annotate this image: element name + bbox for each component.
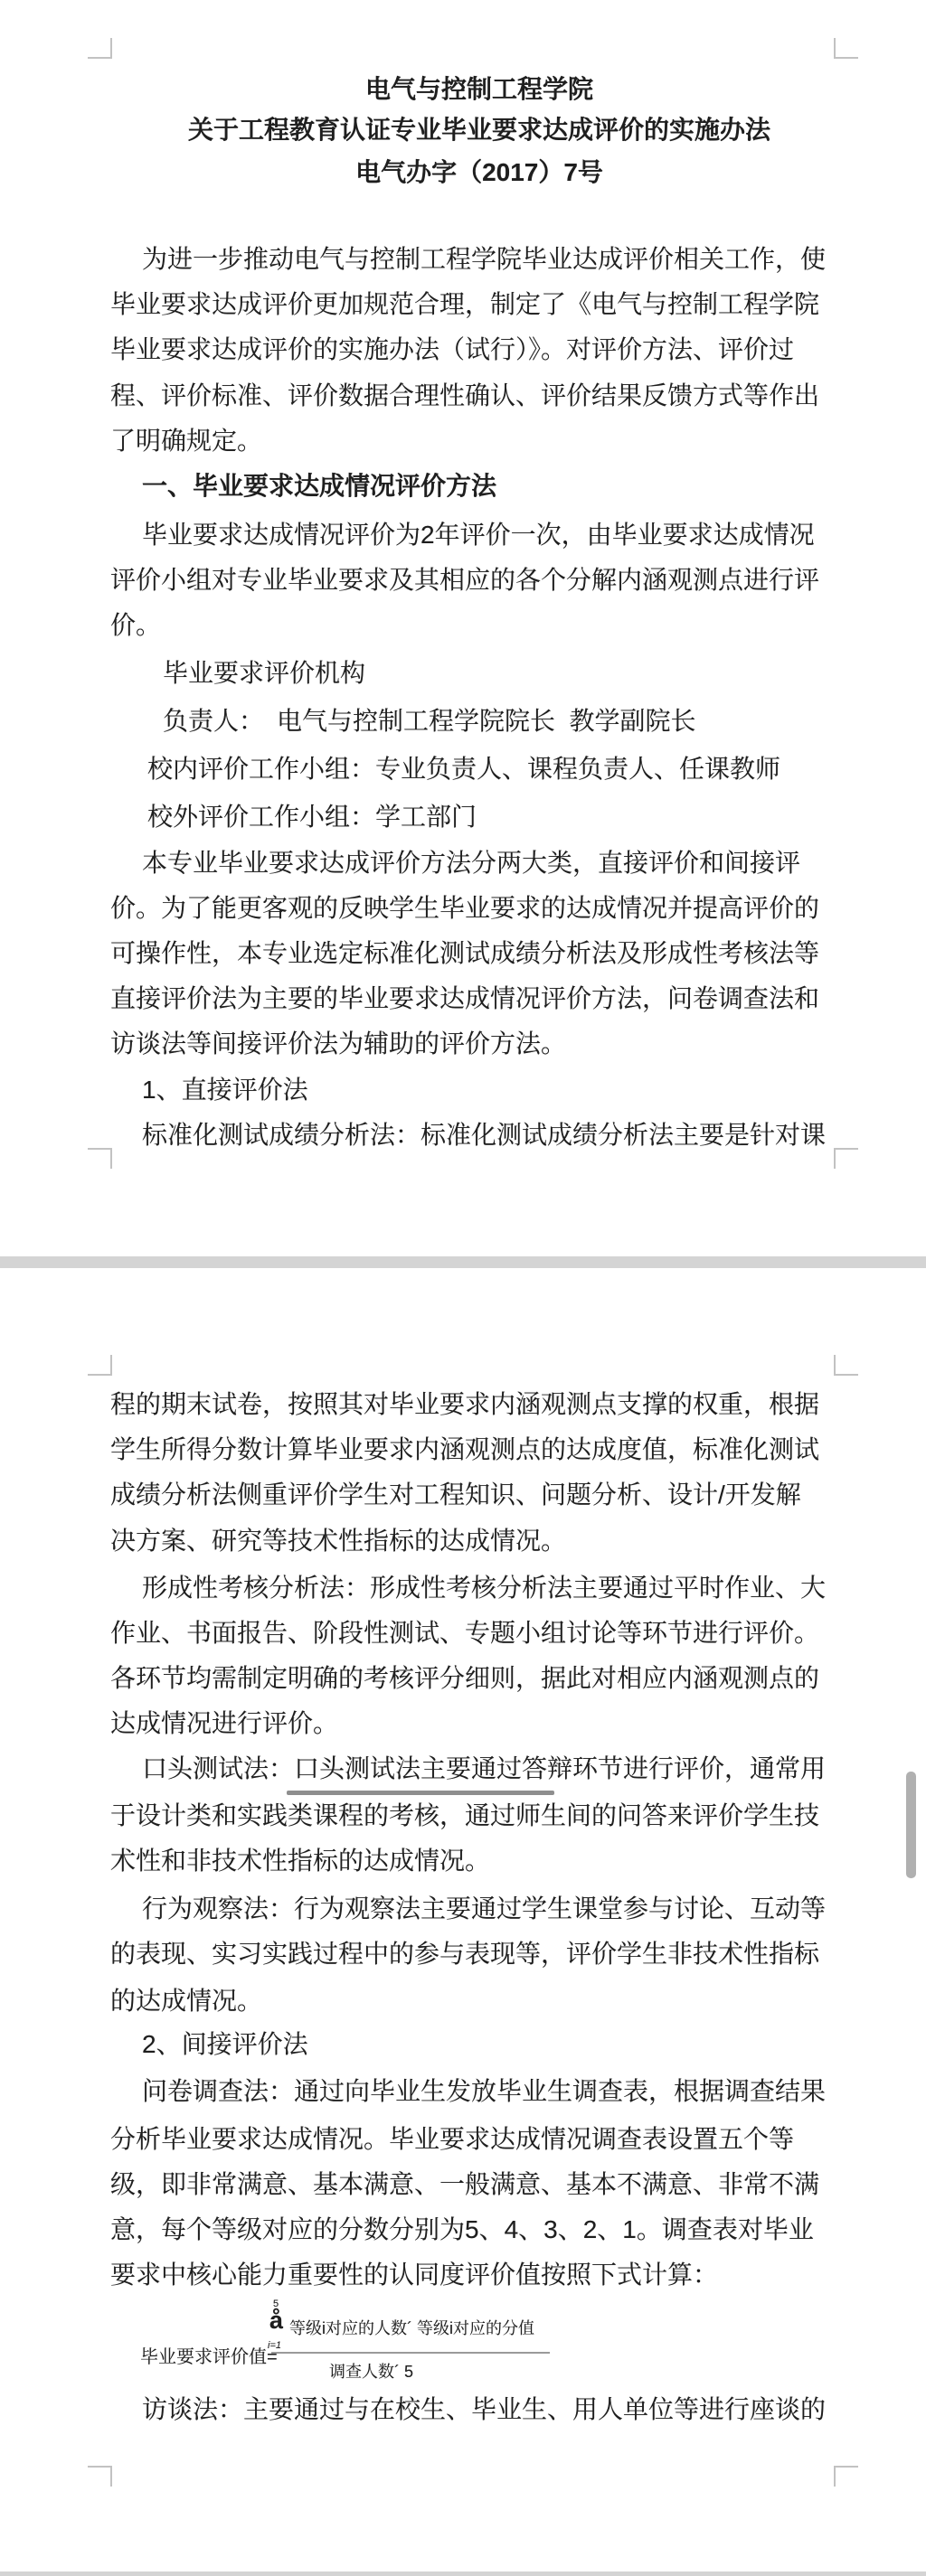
doc-line: 级，即非常满意、基本满意、一般满意、基本不满意、非常不满 [110,2170,819,2199]
formula-label: 毕业要求评价值= [140,2342,278,2368]
text-boundary-mark-top-right [834,1355,858,1376]
doc-line: 分析毕业要求达成情况。毕业要求达成情况调查表设置五个等 [110,2125,794,2154]
doc-line: 本专业毕业要求达成评价方法分两大类，直接评价和间接评 [142,849,800,878]
formula-sum-symbol: å [269,2307,283,2335]
doc-line: 访谈法等间接评价法为辅助的评价方法。 [110,1029,566,1058]
doc-heading-line: 一、毕业要求达成情况评价方法 [142,472,496,501]
doc-line: 负责人： 电气与控制工程学院院长 教学副院长 [163,707,696,736]
scrollbar-thumb[interactable] [906,1772,916,1878]
text-boundary-mark-top-left [88,38,112,59]
page-separator [0,1256,926,1268]
text-boundary-mark-bottom-left [88,1148,112,1169]
doc-line: 程的期末试卷，按照其对毕业要求内涵观测点支撑的权重，根据 [110,1390,819,1419]
doc-line: 校外评价工作小组：学工部门 [147,803,477,832]
doc-line: 访谈法：主要通过与在校生、毕业生、用人单位等进行座谈的 [142,2395,826,2424]
text-boundary-mark-top-right [834,38,858,59]
text-underline-mark [287,1791,554,1795]
formula-denominator: 调查人数´ 5 [329,2359,413,2383]
doc-title-line: 电气与控制工程学院 [110,75,848,104]
doc-line: 达成情况进行评价。 [110,1709,338,1738]
doc-line: 毕业要求评价机构 [163,659,365,688]
text-boundary-mark-top-left [88,1355,112,1376]
doc-line: 作业、书面报告、阶段性测试、专题小组讨论等环节进行评价。 [110,1619,819,1648]
doc-line: 价。为了能更客观的反映学生毕业要求的达成情况并提高评价的 [110,894,819,923]
doc-line: 决方案、研究等技术性指标的达成情况。 [110,1527,566,1556]
formula-fraction-bar [271,2352,550,2354]
doc-line: 程、评价标准、评价数据合理性确认、评价结果反馈方式等作出 [110,381,819,410]
doc-line: 问卷调查法：通过向毕业生发放毕业生调查表，根据调查结果 [142,2077,826,2106]
text-boundary-mark-bottom-right [834,2466,858,2487]
doc-line: 可操作性，本专业选定标准化测试成绩分析法及形成性考核法等 [110,939,819,968]
doc-line: 毕业要求达成评价的实施办法（试行）》。对评价方法、评价过 [110,335,794,364]
doc-line: 毕业要求达成情况评价为2年评价一次，由毕业要求达成情况 [142,521,815,550]
doc-line: 了明确规定。 [110,427,262,456]
doc-line: 学生所得分数计算毕业要求内涵观测点的达成度值，标准化测试 [110,1435,819,1464]
doc-line: 2、间接评价法 [142,2030,308,2059]
formula-sum-lower: i=1 [268,2340,281,2351]
doc-line: 校内评价工作小组：专业负责人、课程负责人、任课教师 [147,755,780,784]
doc-line: 口头测试法：口头测试法主要通过答辩环节进行评价，通常用 [142,1754,826,1783]
text-boundary-mark-bottom-left [88,2466,112,2487]
doc-line: 价。 [110,611,161,640]
doc-line: 的表现、实习实践过程中的参与表现等，评价学生非技术性指标 [110,1940,819,1969]
doc-line: 要求中核心能力重要性的认同度评价值按照下式计算： [110,2261,718,2289]
doc-line: 1、直接评价法 [142,1076,308,1105]
doc-line: 成绩分析法侧重评价学生对工程知识、问题分析、设计/开发解 [110,1481,801,1509]
doc-line: 意，每个等级对应的分数分别为5、4、3、2、1。调查表对毕业 [110,2215,814,2244]
page-separator [0,2571,926,2576]
doc-line: 术性和非技术性指标的达成情况。 [110,1847,490,1876]
formula-numerator: 等级i对应的人数´ 等级i对应的分值 [289,2316,534,2339]
doc-number-line: 电气办字（2017）7号 [110,158,848,187]
doc-line: 评价小组对专业毕业要求及其相应的各个分解内涵观测点进行评 [110,566,819,595]
doc-line: 形成性考核分析法：形成性考核分析法主要通过平时作业、大 [142,1574,826,1603]
doc-line: 直接评价法为主要的毕业要求达成情况评价方法，问卷调查法和 [110,984,819,1013]
doc-line: 标准化测试成绩分析法：标准化测试成绩分析法主要是针对课 [142,1121,826,1150]
doc-line: 为进一步推动电气与控制工程学院毕业达成评价相关工作，使 [142,245,826,274]
doc-line: 于设计类和实践类课程的考核，通过师生间的问答来评价学生技 [110,1801,819,1830]
doc-line: 行为观察法：行为观察法主要通过学生课堂参与讨论、互动等 [142,1894,826,1923]
text-boundary-mark-bottom-right [834,1148,858,1169]
document-viewer: 电气与控制工程学院 关于工程教育认证专业毕业要求达成评价的实施办法 电气办字（2… [0,0,926,2576]
doc-line: 毕业要求达成评价更加规范合理，制定了《电气与控制工程学院 [110,290,819,319]
doc-line: 的达成情况。 [110,1987,262,2016]
doc-title-line: 关于工程教育认证专业毕业要求达成评价的实施办法 [110,116,848,145]
doc-line: 各环节均需制定明确的考核评分细则，据此对相应内涵观测点的 [110,1664,819,1693]
